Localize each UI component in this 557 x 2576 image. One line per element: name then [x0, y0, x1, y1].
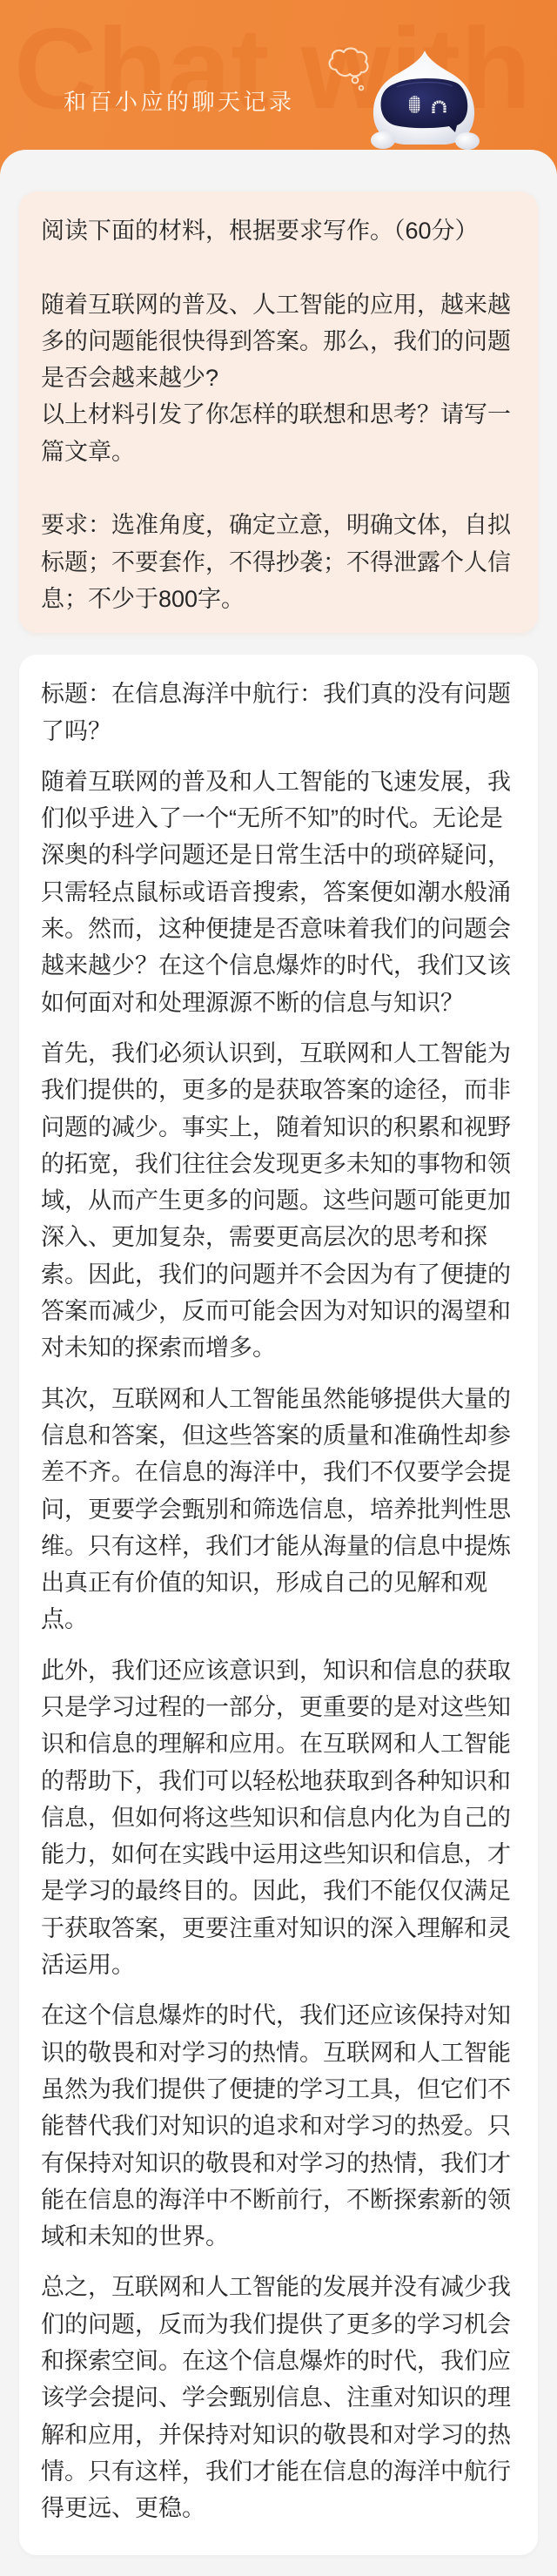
essay-paragraph: 在这个信息爆炸的时代，我们还应该保持对知识的敬畏和对学习的热情。互联网和人工智能…	[41, 1997, 516, 2255]
essay-paragraph: 随着互联网的普及和人工智能的飞速发展，我们似乎进入了一个“无所不知”的时代。无论…	[41, 763, 516, 1021]
user-message-bubble: 阅读下面的材料，根据要求写作。（60分） 随着互联网的普及、人工智能的应用，越来…	[19, 192, 538, 633]
user-message-text: 阅读下面的材料，根据要求写作。（60分） 随着互联网的普及、人工智能的应用，越来…	[41, 218, 511, 612]
page-title: 和百小应的聊天记录	[64, 91, 295, 113]
conversation-area: 阅读下面的材料，根据要求写作。（60分） 随着互联网的普及、人工智能的应用，越来…	[0, 150, 557, 2576]
robot-mascot-icon	[366, 45, 487, 154]
robot-left-eye	[409, 96, 420, 113]
essay-paragraph: 总之，互联网和人工智能的发展并没有减少我们的问题，反而为我们提供了更多的学习机会…	[41, 2269, 516, 2526]
essay-paragraph: 此外，我们还应该意识到，知识和信息的获取只是学习过程的一部分，更重要的是对这些知…	[41, 1652, 516, 1984]
chat-record-page: Chat with 和百小应的聊天记录	[0, 0, 557, 2576]
assistant-message-bubble: 标题：在信息海洋中航行：我们真的没有问题了吗？ 随着互联网的普及和人工智能的飞速…	[19, 655, 538, 2554]
essay-paragraph: 其次，互联网和人工智能虽然能够提供大量的信息和答案，但这些答案的质量和准确性却参…	[41, 1381, 516, 1638]
essay-title: 标题：在信息海洋中航行：我们真的没有问题了吗？	[41, 676, 516, 750]
essay-paragraph: 首先，我们必须认识到，互联网和人工智能为我们提供的，更多的是获取答案的途径，而非…	[41, 1035, 516, 1367]
robot-visor	[381, 78, 468, 132]
